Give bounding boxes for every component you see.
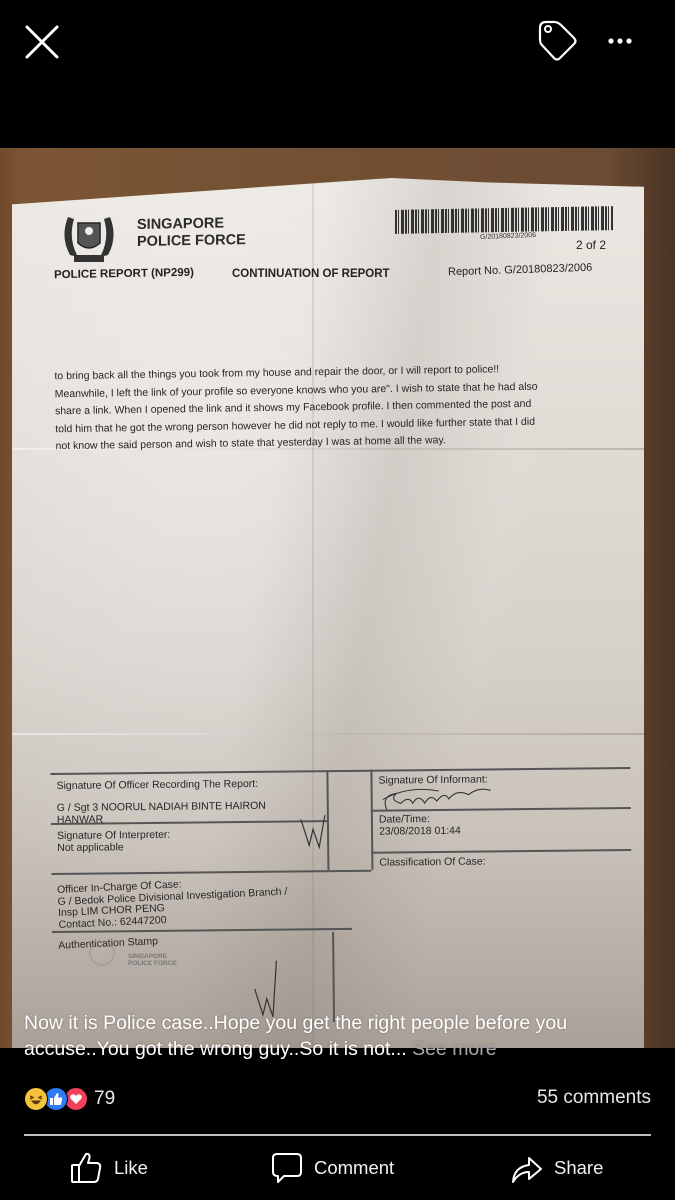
org-name-line1: SINGAPORE — [137, 215, 246, 234]
comments-count-link[interactable]: 55 comments — [537, 1087, 651, 1109]
actions-divider — [24, 1134, 651, 1136]
comment-bubble-icon — [270, 1151, 304, 1185]
officer-signature-label: Signature Of Officer Recording The Repor… — [56, 779, 258, 793]
haha-icon — [24, 1087, 48, 1111]
comment-button[interactable]: Comment — [270, 1148, 394, 1188]
informant-signature — [379, 784, 499, 813]
tag-icon — [534, 18, 580, 64]
officer-signature — [299, 813, 329, 853]
reactions-summary[interactable]: 79 — [24, 1085, 115, 1113]
officer-in-charge-block: Officer In-Charge Of Case: G / Bedok Pol… — [57, 875, 289, 931]
stamp-text-line1: SINGAPORE — [128, 953, 177, 960]
post-caption: Now it is Police case..Hope you get the … — [24, 1010, 654, 1062]
continuation-heading: CONTINUATION OF REPORT — [232, 268, 390, 280]
stamp-text: SINGAPORE POLICE FORCE — [128, 953, 177, 967]
see-more-link[interactable]: See more — [407, 1038, 497, 1060]
share-button[interactable]: Share — [510, 1148, 603, 1188]
interpreter-value: Not applicable — [57, 841, 170, 854]
datetime-value: 23/08/2018 01:44 — [379, 825, 461, 837]
like-label: Like — [114, 1157, 148, 1179]
share-label: Share — [554, 1157, 603, 1179]
officer-name-line2: HANWAR — [57, 812, 266, 826]
tag-photo-button[interactable] — [534, 18, 580, 64]
thumbs-up-icon — [70, 1151, 104, 1185]
datetime-block: Date/Time: 23/08/2018 01:44 — [379, 814, 461, 838]
more-options-button[interactable] — [606, 28, 636, 54]
classification-label: Classification Of Case: — [379, 856, 485, 869]
close-button[interactable] — [22, 22, 62, 62]
report-body: to bring back all the things you took fr… — [54, 360, 600, 456]
signature-table: Signature Of Officer Recording The Repor… — [50, 755, 633, 1048]
page-indicator: 2 of 2 — [576, 238, 606, 252]
barcode — [395, 206, 613, 234]
org-name: SINGAPORE POLICE FORCE — [137, 215, 246, 251]
like-button[interactable]: Like — [70, 1148, 148, 1188]
police-crest-logo — [58, 209, 120, 265]
post-photo[interactable]: SINGAPORE POLICE FORCE G/20180823/2006 2… — [0, 148, 675, 1048]
post-actions-bar: Like Comment Share — [0, 1148, 675, 1188]
interpreter-block: Signature Of Interpreter: Not applicable — [57, 830, 170, 854]
share-arrow-icon — [510, 1151, 544, 1185]
more-horizontal-icon — [606, 28, 636, 54]
officer-name: G / Sgt 3 NOORUL NADIAH BINTE HAIRON HAN… — [57, 801, 266, 826]
stamp-text-line2: POLICE FORCE — [128, 960, 177, 967]
comment-label: Comment — [314, 1157, 394, 1179]
officer-name-line1: G / Sgt 3 NOORUL NADIAH BINTE HAIRON — [57, 801, 266, 815]
viewer-top-bar — [0, 0, 675, 148]
reactions-count: 79 — [94, 1088, 115, 1110]
close-icon — [22, 22, 62, 62]
org-name-line2: POLICE FORCE — [137, 232, 246, 251]
report-type: POLICE REPORT (NP299) — [54, 267, 194, 281]
